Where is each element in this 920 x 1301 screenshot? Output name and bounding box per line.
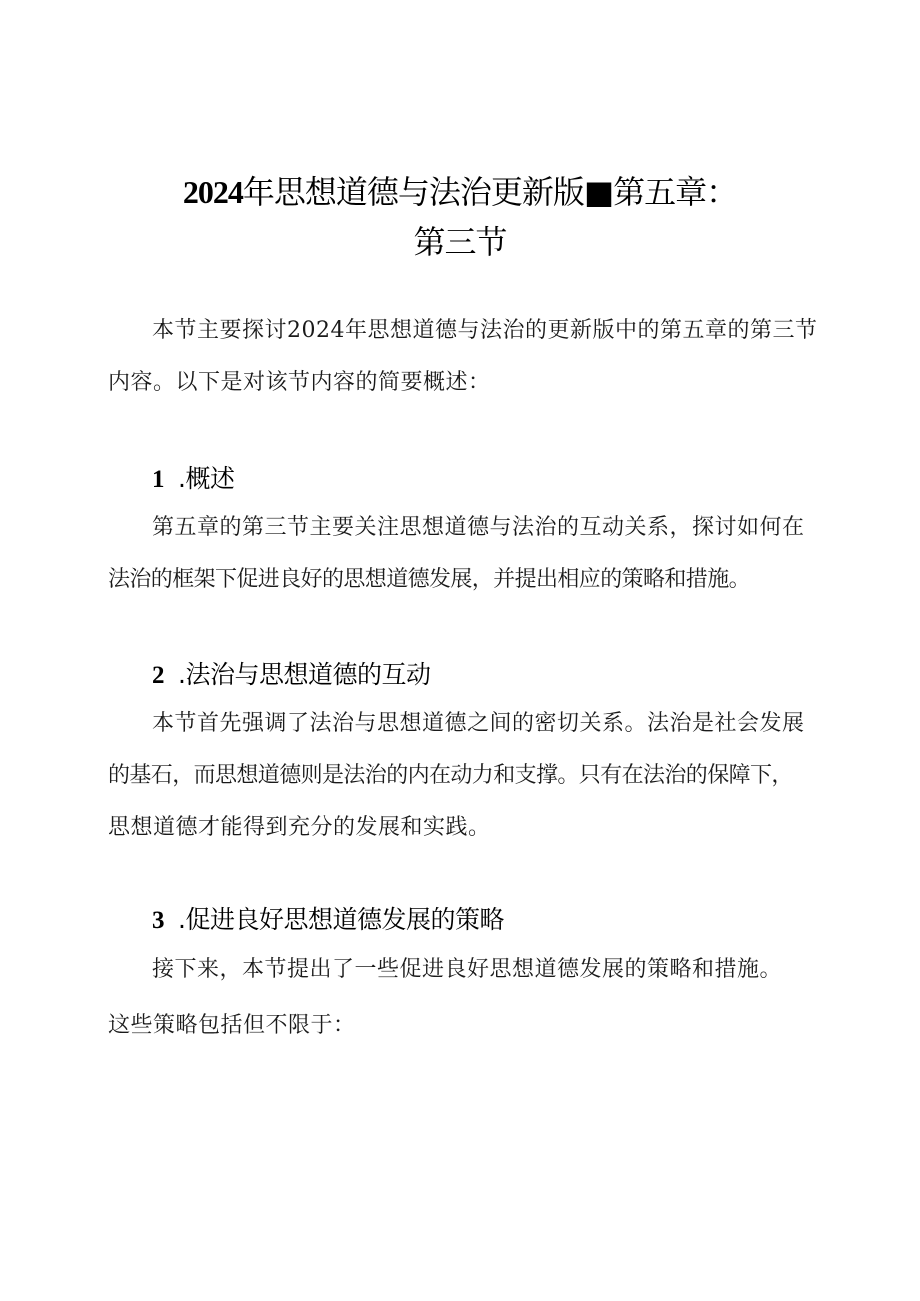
section-number: 3	[152, 907, 164, 934]
section-title: .促进良好思想道德发展的策略	[178, 905, 504, 934]
section-heading-1: 1.概述	[152, 462, 234, 497]
intro-line-1: 本节主要探讨2024年思想道德与法治的更新版中的第五章的第三节	[152, 316, 818, 346]
intro-line-2: 内容。以下是对该节内容的简要概述：	[108, 368, 491, 398]
title-year: 2024	[183, 174, 243, 210]
section-number: 1	[152, 466, 164, 493]
document-title-line-1: 2024年思想道德与法治更新版■第五章：	[100, 170, 820, 214]
section-3-line-2: 这些策略包括但不限于：	[108, 1011, 356, 1041]
section-2-line-3: 思想道德才能得到充分的发展和实践。	[108, 813, 491, 843]
section-title: .法治与思想道德的互动	[178, 660, 430, 689]
section-2-line-1: 本节首先强调了法治与思想道德之间的密切关系。法治是社会发展	[152, 709, 805, 739]
section-title: .概述	[178, 464, 234, 493]
section-3-line-1: 接下来，本节提出了一些促进良好思想道德发展的策略和措施。	[152, 955, 782, 985]
document-page: 2024年思想道德与法治更新版■第五章： 第三节 本节主要探讨2024年思想道德…	[0, 0, 920, 1301]
section-number: 2	[152, 662, 164, 689]
section-heading-3: 3.促进良好思想道德发展的策略	[152, 903, 504, 938]
section-1-line-2: 法治的框架下促进良好的思想道德发展，并提出相应的策略和措施。	[108, 565, 750, 595]
section-1-line-1: 第五章的第三节主要关注思想道德与法治的互动关系，探讨如何在	[152, 513, 805, 543]
section-2-line-2: 的基石，而思想道德则是法治的内在动力和支撑。只有在法治的保障下，	[108, 761, 793, 791]
title-text: 年思想道德与法治更新版■第五章：	[243, 173, 737, 211]
document-title-line-2: 第三节	[100, 220, 820, 264]
section-heading-2: 2.法治与思想道德的互动	[152, 658, 430, 693]
